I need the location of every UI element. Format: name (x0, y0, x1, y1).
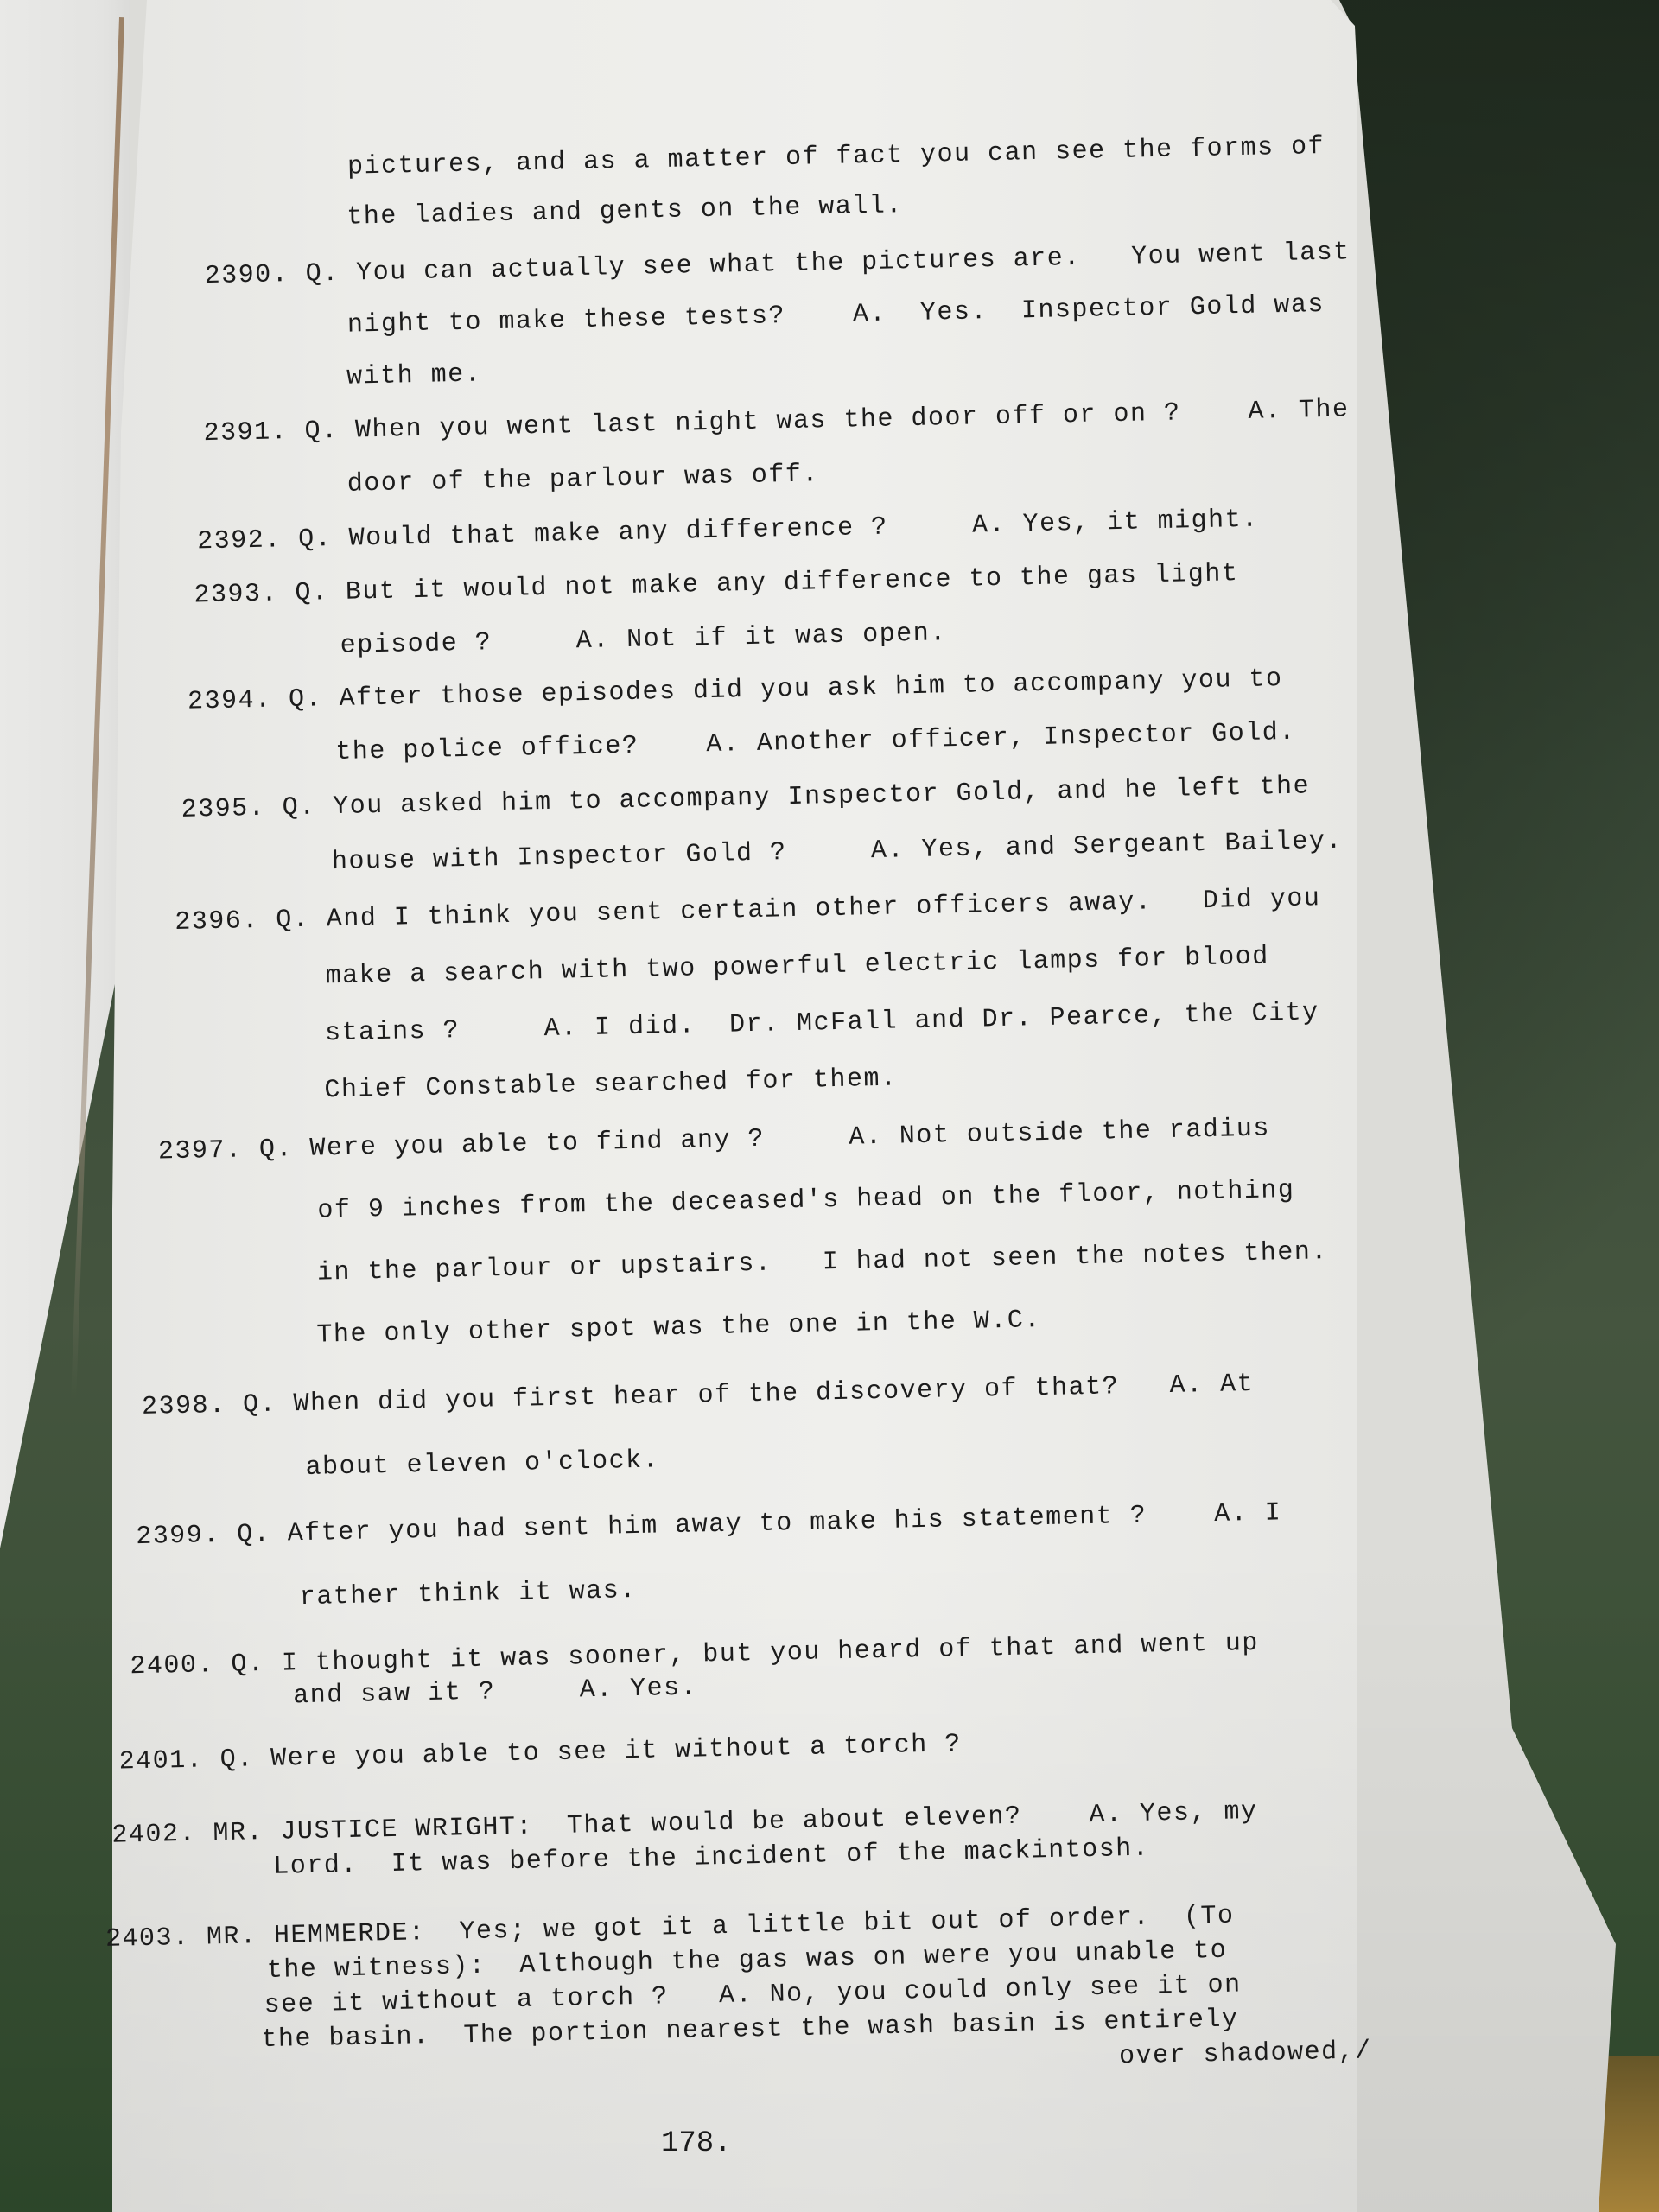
entry-number: 2397. Q. Were you able to find any ? A. … (158, 1115, 1271, 1167)
transcript-line: the ladies and gents on the wall. (346, 191, 903, 232)
transcript-line: Chief Constable searched for them. (324, 1065, 898, 1106)
entry-number: 2391. Q. When you went last night was th… (203, 395, 1350, 448)
transcript-line: of 9 inches from the deceased's head on … (317, 1176, 1295, 1226)
transcript-line: stains ? A. I did. Dr. McFall and Dr. Pe… (325, 998, 1319, 1048)
entry-number: 2394. Q. After those episodes did you as… (188, 664, 1283, 717)
entry-number: 2401. Q. Were you able to see it without… (118, 1730, 962, 1777)
transcript-text: pictures, and as a matter of fact you ca… (0, 0, 1659, 2211)
entry-number: 2392. Q. Would that make any difference … (197, 505, 1259, 557)
transcript-line: night to make these tests? A. Yes. Inspe… (347, 290, 1325, 340)
transcript-line: make a search with two powerful electric… (325, 942, 1269, 991)
transcript-line: house with Inspector Gold ? A. Yes, and … (332, 827, 1344, 877)
entry-number: 2393. Q. But it would not make any diffe… (194, 559, 1239, 610)
transcript-line: pictures, and as a matter of fact you ca… (347, 132, 1325, 182)
transcript-line: door of the parlour was off. (346, 460, 819, 499)
transcript-line: the police office? A. Another officer, I… (335, 718, 1296, 767)
entry-number: 2399. Q. After you had sent him away to … (136, 1498, 1282, 1552)
transcript-line: about eleven o'clock. (305, 1446, 659, 1483)
transcript-line: The only other spot was the one in the W… (316, 1306, 1041, 1351)
transcript-line: rather think it was. (299, 1576, 637, 1612)
page-number: 178. (661, 2127, 732, 2160)
transcript-line: and saw it ? A. Yes. (293, 1674, 698, 1712)
transcript-line: episode ? A. Not if it was open. (340, 619, 947, 661)
entry-number: 2390. Q. You can actually see what the p… (204, 238, 1351, 291)
entry-number: 2398. Q. When did you first hear of the … (142, 1370, 1255, 1422)
transcript-line: with me. (346, 359, 482, 391)
transcript-line: over shadowed,/ (1119, 2037, 1372, 2071)
transcript-line: in the parlour or upstairs. I had not se… (317, 1237, 1329, 1287)
entry-number: 2395. Q. You asked him to accompany Insp… (181, 772, 1310, 824)
entry-number: 2396. Q. And I think you sent certain ot… (175, 884, 1321, 938)
